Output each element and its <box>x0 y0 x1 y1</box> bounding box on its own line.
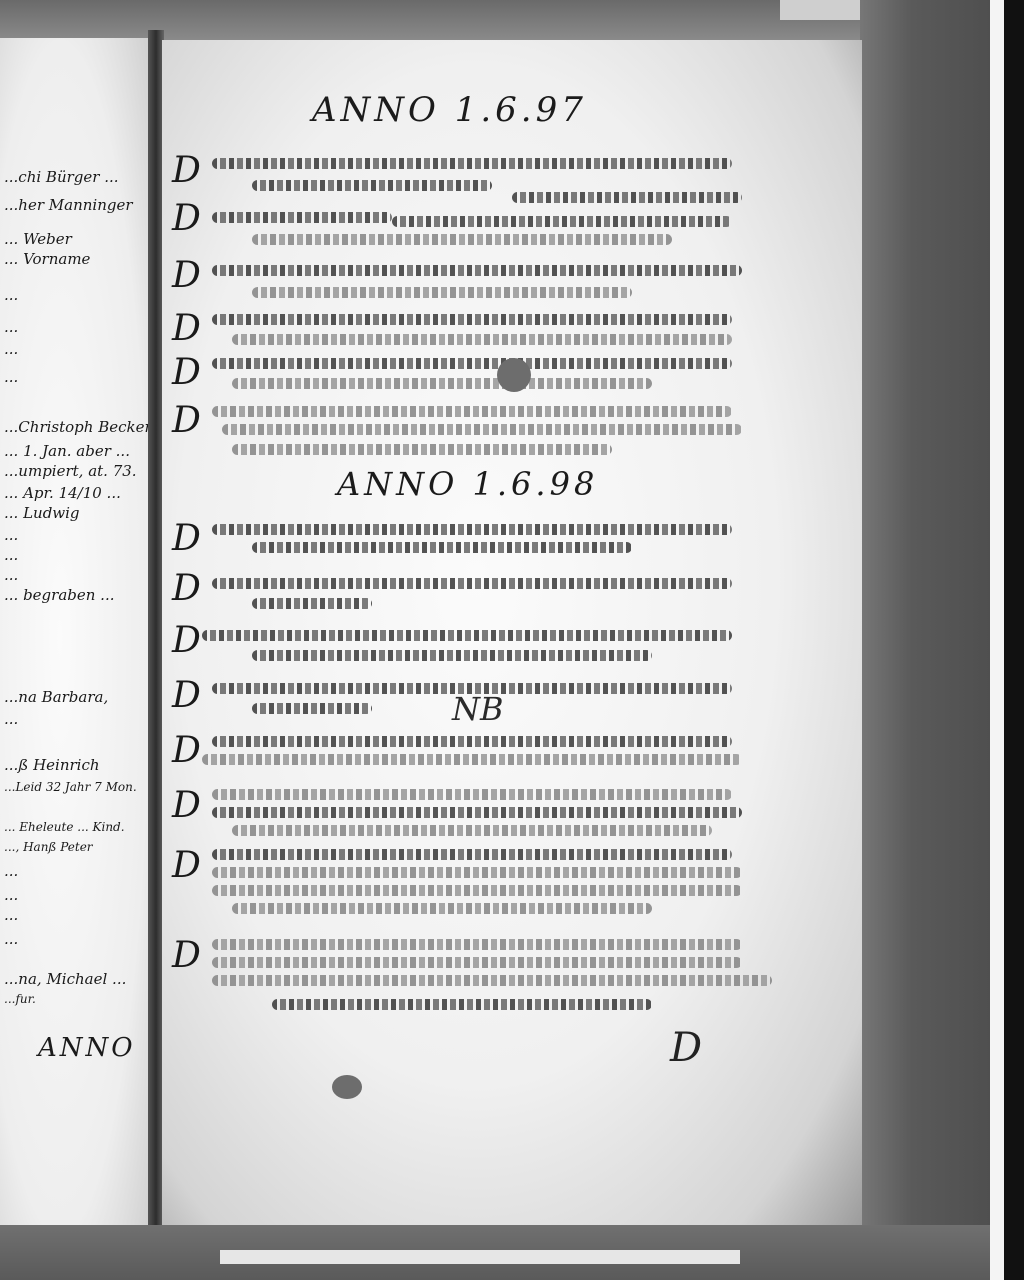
entry-initial: D <box>172 730 201 771</box>
year-heading-1698: ANNO 1.6.98 <box>337 465 598 503</box>
margin-text: ...fur. <box>4 992 36 1006</box>
margin-text: ... Apr. 14/10 ... <box>4 484 121 502</box>
scanner-shadow <box>860 0 990 1280</box>
margin-text: ...Christoph Becker, <box>4 418 150 436</box>
margin-text: ... <box>4 546 18 564</box>
closing-flourish: D <box>670 1025 702 1071</box>
register-entry: D <box>172 785 742 835</box>
entry-initial: D <box>172 845 201 886</box>
entry-initial: D <box>172 568 201 609</box>
margin-text: ...na, Michael ... <box>4 970 126 988</box>
register-entry: D <box>172 518 742 558</box>
margin-text: ... <box>4 886 18 904</box>
margin-text: ... Eheleute ... Kind. <box>4 820 125 834</box>
entry-initial: D <box>172 675 201 716</box>
margin-text: ... <box>4 930 18 948</box>
page-bottom-edge <box>220 1250 740 1264</box>
right-page: ANNO 1.6.97 D D D D D D ANNO 1.6.98 D <box>162 40 862 1230</box>
entry-initial: D <box>172 352 201 393</box>
margin-text: ... 1. Jan. aber ... <box>4 442 130 460</box>
margin-text: ...her Manninger <box>4 196 133 214</box>
margin-text: ...na Barbara, <box>4 688 108 706</box>
margin-text: ... <box>4 526 18 544</box>
ink-stain <box>332 1075 362 1099</box>
left-anno-heading: ANNO <box>38 1033 136 1063</box>
margin-text: ... Vorname <box>4 250 90 268</box>
entry-initial: D <box>172 198 201 239</box>
margin-text: ... <box>4 368 18 386</box>
margin-text: ... <box>4 318 18 336</box>
margin-text: ... <box>4 286 18 304</box>
entry-initial: D <box>172 308 201 349</box>
margin-text: ... Weber <box>4 230 72 248</box>
register-entry: D <box>172 730 742 774</box>
margin-text: ...ß Heinrich <box>4 756 100 774</box>
margin-text: ... Ludwig <box>4 504 80 522</box>
margin-text: ...umpiert, at. 73. <box>4 462 137 480</box>
entry-initial: D <box>172 785 201 826</box>
register-entry: D <box>172 845 742 925</box>
ink-stain <box>497 358 531 392</box>
margin-text: ... <box>4 862 18 880</box>
top-shadow <box>0 0 910 40</box>
marginal-note: NB <box>452 690 504 728</box>
margin-text: ... <box>4 906 18 924</box>
margin-text: ..., Hanß Peter <box>4 840 93 854</box>
margin-text: ...Leid 32 Jahr 7 Mon. <box>4 780 137 794</box>
scan-border-white <box>990 0 1004 1280</box>
left-page: ...chi Bürger ... ...her Manninger ... W… <box>0 38 150 1238</box>
scan-border-black <box>1004 0 1024 1280</box>
margin-text: ... begraben ... <box>4 586 114 604</box>
entry-initial: D <box>172 518 201 559</box>
register-entry: D <box>172 308 742 344</box>
entry-initial: D <box>172 150 201 191</box>
margin-text: ... <box>4 710 18 728</box>
entry-initial: D <box>172 620 201 661</box>
margin-text: ... <box>4 340 18 358</box>
entry-initial: D <box>172 935 201 976</box>
year-heading-1697: ANNO 1.6.97 <box>312 90 587 130</box>
entry-initial: D <box>172 255 201 296</box>
margin-text: ...chi Bürger ... <box>4 168 119 186</box>
register-entry: D <box>172 620 742 664</box>
margin-text: ... <box>4 566 18 584</box>
entry-initial: D <box>172 400 201 441</box>
register-entry: D <box>172 255 742 305</box>
register-entry: D <box>172 568 742 612</box>
register-entry: D <box>172 935 742 1025</box>
register-entry: D <box>172 400 742 460</box>
register-entry: D <box>172 352 742 392</box>
